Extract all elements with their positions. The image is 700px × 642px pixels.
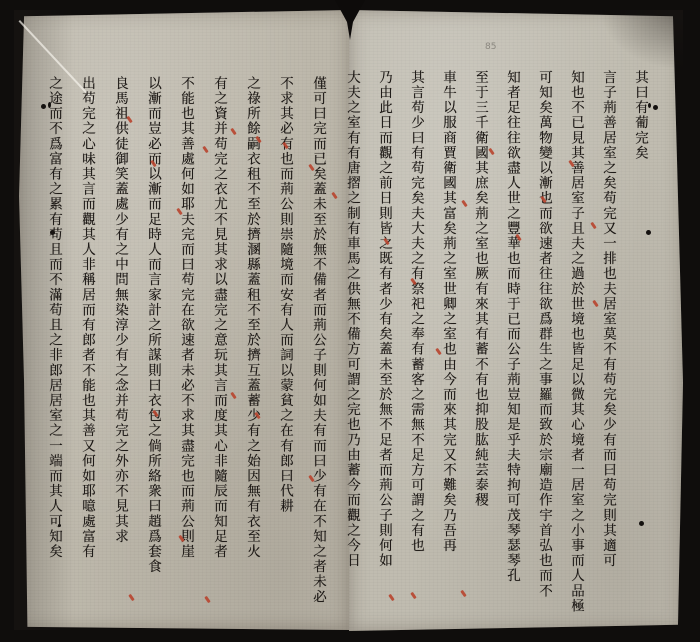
right-page-text: 其曰有葡完矣 言子荊善居室之矣苟完又一排也夫居室莫不有苟完矣少有而曰苟完則其適可… bbox=[338, 70, 654, 614]
text-column: 其言苟少曰有苟完矣夫大夫之有祭祀之奉有蓄客之需無不足方可謂之有也 bbox=[402, 70, 430, 553]
text-column: 有之資并苟完之衣尤不見其求以盡完之意玩其言而度其心非隨辰而知足者 bbox=[205, 76, 233, 559]
text-column: 乃由此日而觀之前日則皆之既有者少有矣蓋未至於無不足者而荊公子則何如 bbox=[370, 70, 398, 568]
text-column: 至于三千衛國其庶矣荊之室也厥有來其有蓄不有也抑股肱純芸泰稷 bbox=[466, 70, 494, 508]
text-column: 知也不已見其善居室子且夫之過於世境也皆足以微其心境者一居室之小事而人品極 bbox=[562, 70, 590, 614]
text-column: 知者足往往欲盡人世之豐華也而時于已而公子荊豈知是乎夫特拘可茂琴瑟琴孔 bbox=[498, 70, 526, 583]
text-column: 以漸而豈必而以漸而足時人而言家計之所謀則曰衣包之倘所絡衆曰趙爲套食 bbox=[139, 76, 167, 574]
top-right-stain bbox=[600, 10, 683, 70]
text-column: 不能也其善處何如耶夫完而曰苟完在欲速者未必不求其盡完也而荊公則崖 bbox=[172, 76, 200, 559]
text-column: 良馬祖供徒御笑蓋處少有之中問無染淳少有之念并苟完之外亦不見其求 bbox=[106, 76, 134, 544]
text-column: 車牛以服商賈衛國其富矣荊之室世卿之室也由今而來其完又不難矣乃吾再 bbox=[434, 70, 462, 553]
manuscript-scan: 85 其曰有葡完矣 言子荊善居室之矣苟完又一排也夫居室莫不有苟完矣少有而曰苟完則… bbox=[0, 0, 700, 642]
text-column: 之途而不爲富有之累有苟且而不滿苟且之非郎居居室之一端而其人可知矣 bbox=[40, 76, 68, 559]
text-column: 言子荊善居室之矣苟完又一排也夫居室莫不有苟完矣少有而曰苟完則其適可 bbox=[594, 70, 622, 568]
text-column: 可知矣萬物變以漸也而欲速者往往欲爲群生之事羅而致於宗廟造作宇首弘也而不 bbox=[530, 70, 558, 599]
folio-number: 85 bbox=[485, 42, 496, 52]
text-column: 大夫之室有有唐摺之制有車馬之供無不備方可謂之完也乃由蓄今而觀之今日 bbox=[338, 70, 366, 568]
text-column: 出苟完之心味其言而觀其人非稱居而有郎者不能也其善又何如耶噫處富有 bbox=[73, 76, 101, 559]
left-page-text: 僅可曰完而已矣蓋未至於無不備者而荊公子則何如夫有而曰少有在不知之者未必 不求其必… bbox=[40, 76, 332, 605]
text-column-title: 其曰有葡完矣 bbox=[626, 70, 654, 161]
text-column: 僅可曰完而已矣蓋未至於無不備者而荊公子則何如夫有而曰少有在不知之者未必 bbox=[304, 76, 332, 605]
text-column: 之祿所餘嗣衣租不至於擠溷縣蓋租不至於擠互蓋蓄少有之始因無有衣至火 bbox=[238, 76, 266, 559]
